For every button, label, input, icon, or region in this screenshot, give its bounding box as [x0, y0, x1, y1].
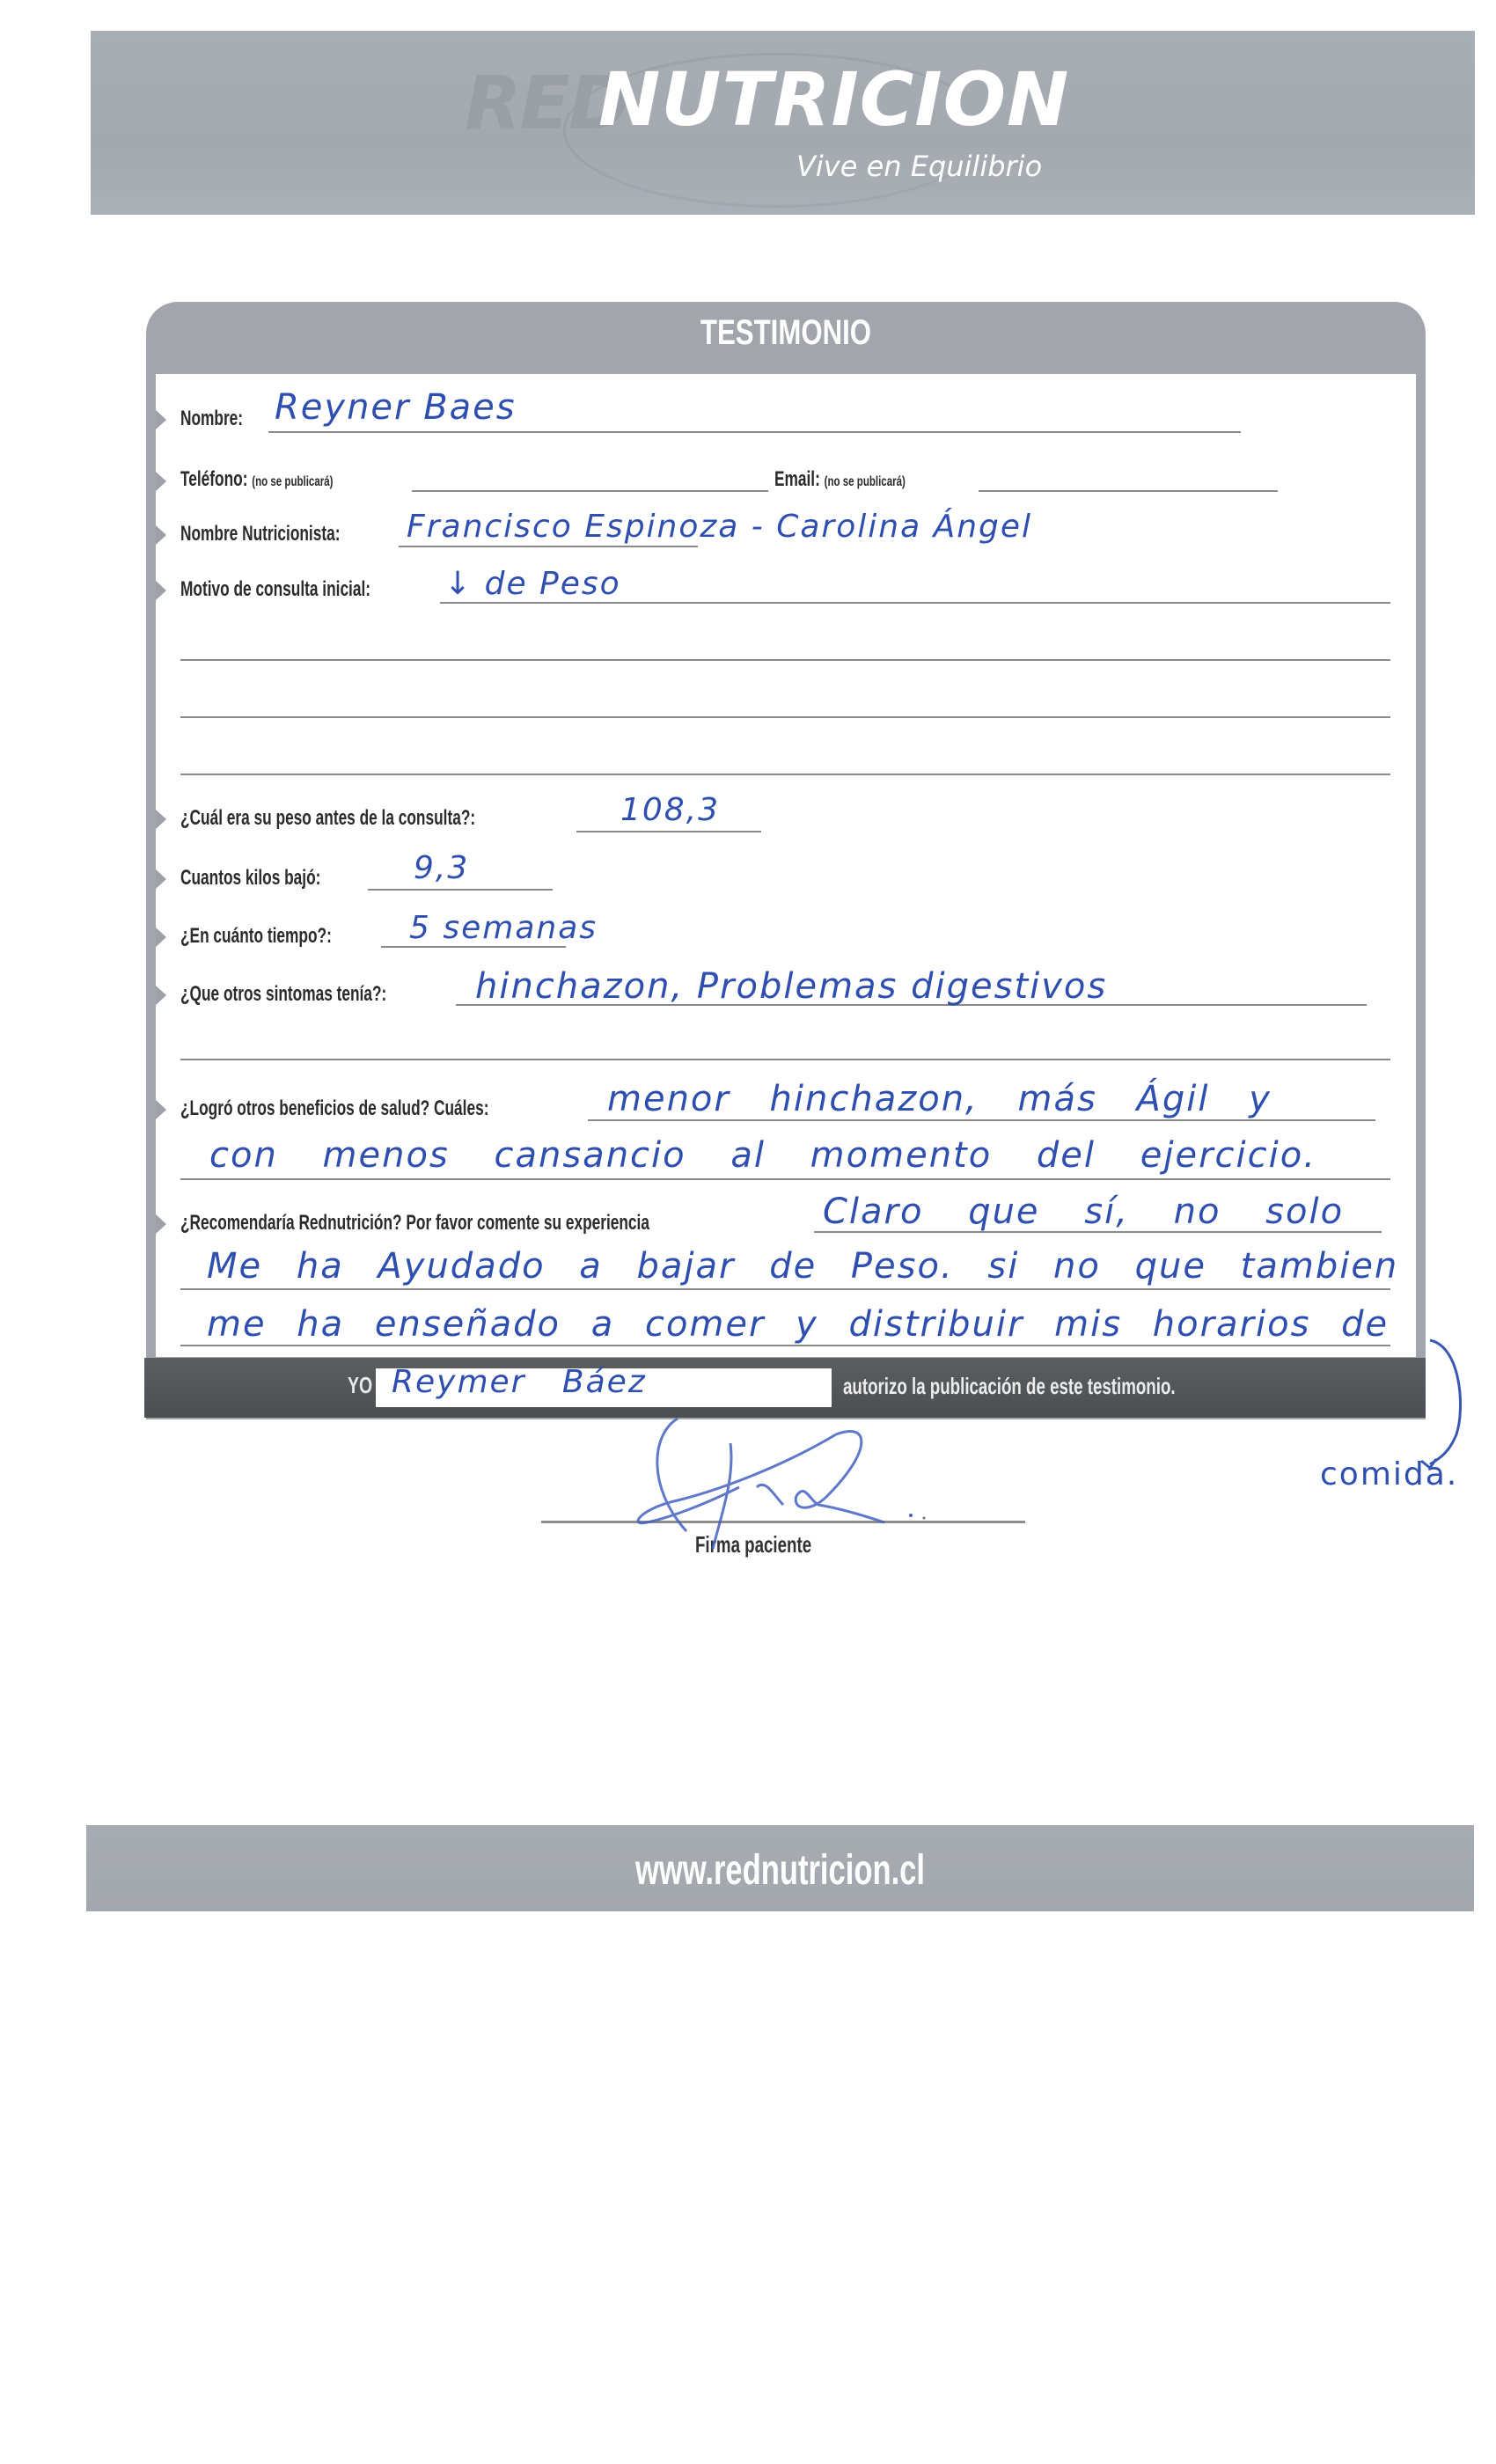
patient-signature-icon	[638, 1419, 884, 1549]
continuation-arrow-icon	[1430, 1340, 1461, 1464]
website-link[interactable]: www.rednutricion.cl	[281, 1846, 1280, 1895]
handwriting-strokes	[0, 0, 1496, 2464]
